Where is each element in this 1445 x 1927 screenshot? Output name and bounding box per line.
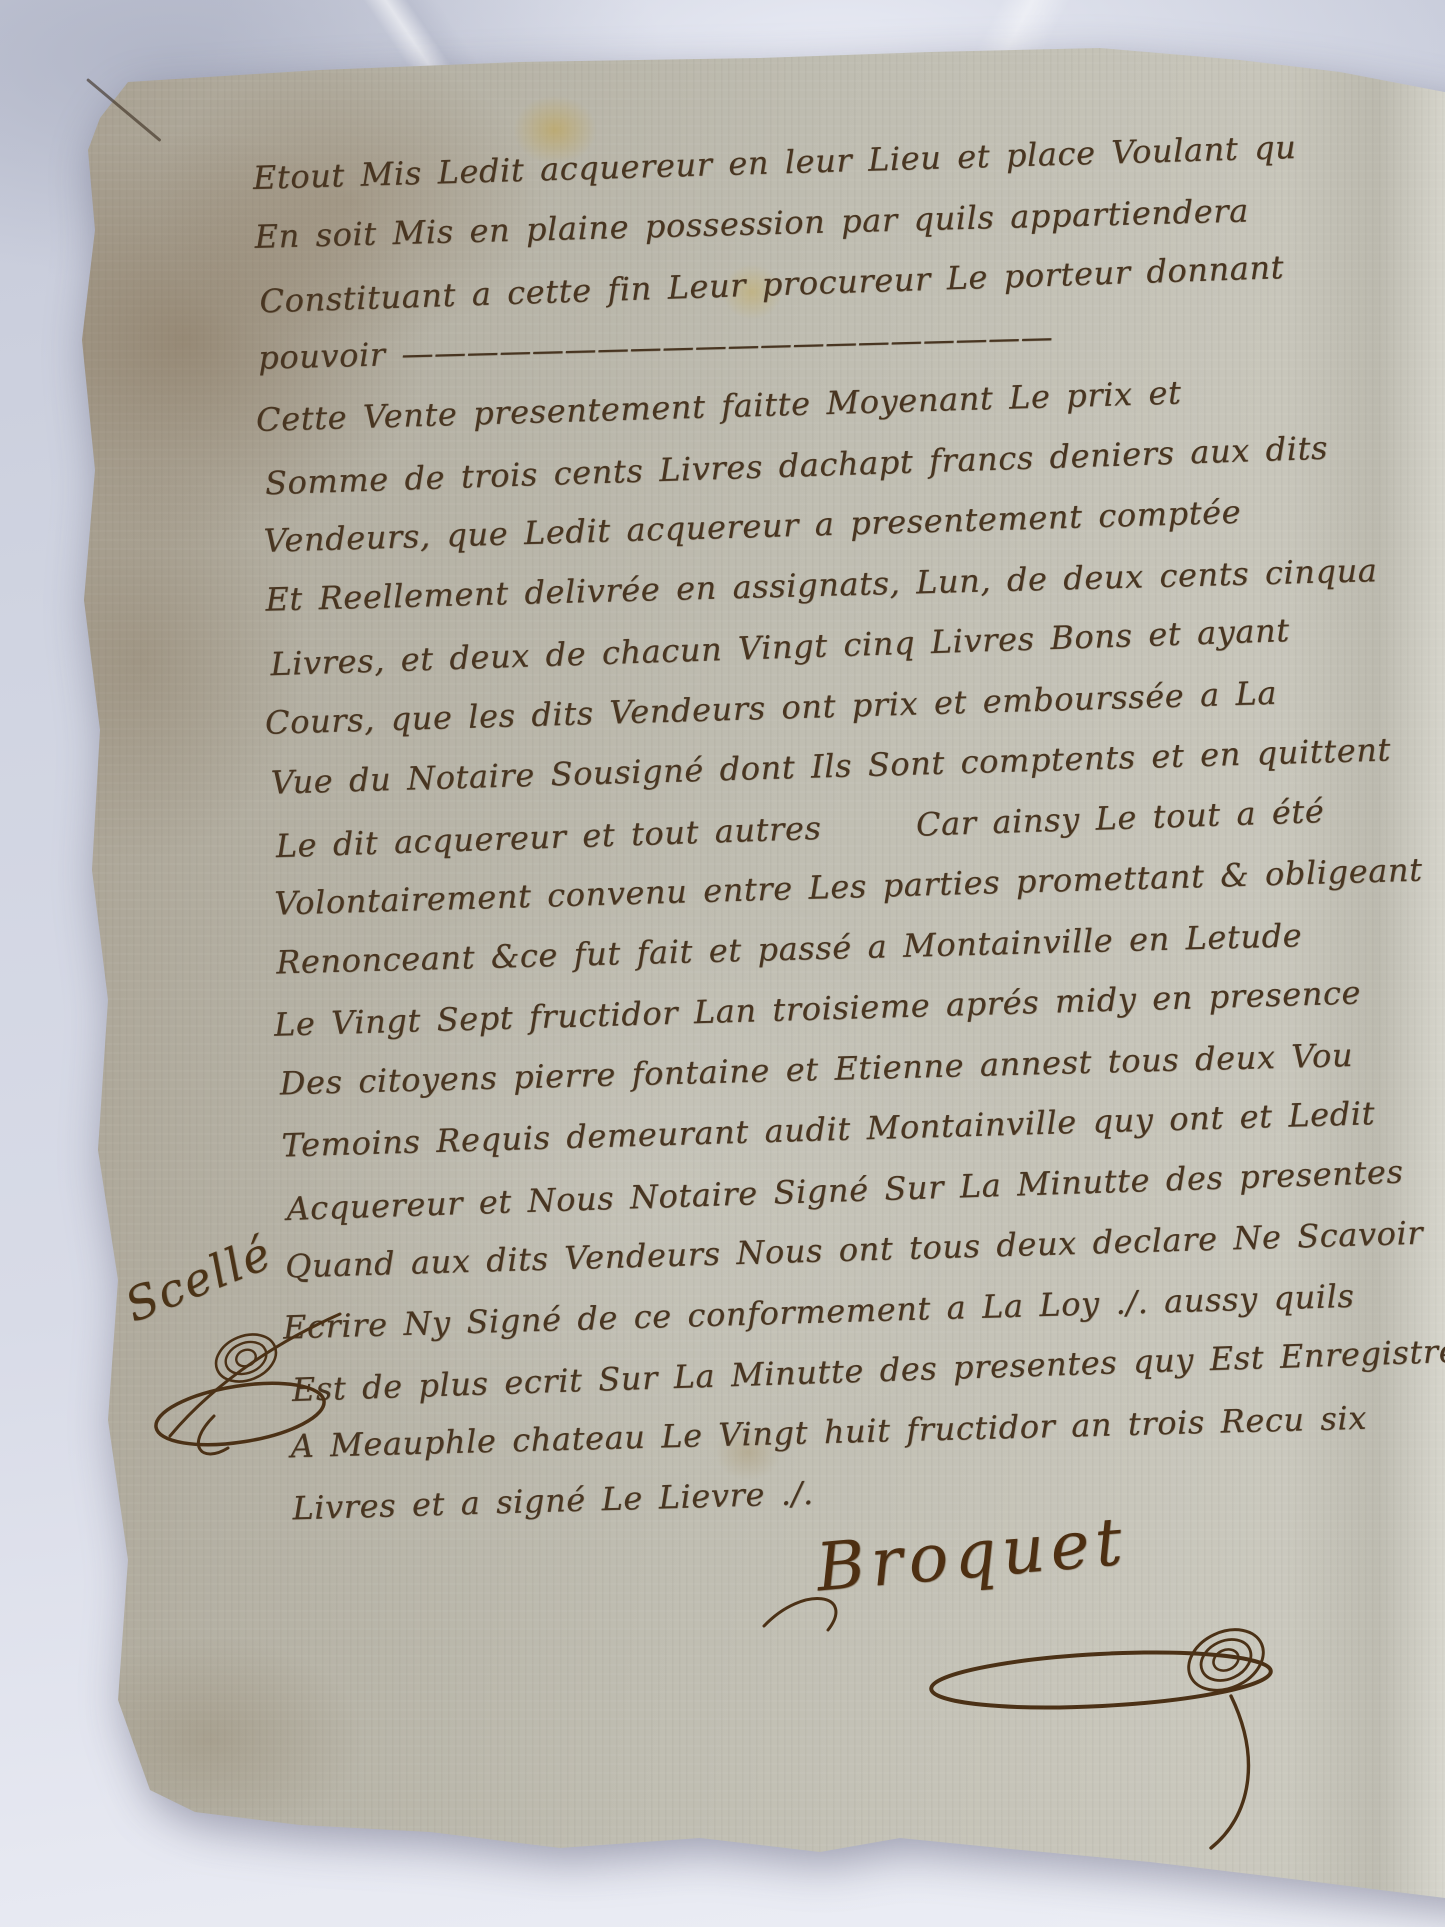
manuscript-photo: Etout Mis Ledit acquereur en leur Lieu e…	[0, 0, 1445, 1927]
seal-flourish-icon	[140, 1296, 350, 1480]
signature-paraph-icon	[756, 1548, 1336, 1892]
manuscript-text-block: Etout Mis Ledit acquereur en leur Lieu e…	[252, 108, 1445, 1539]
